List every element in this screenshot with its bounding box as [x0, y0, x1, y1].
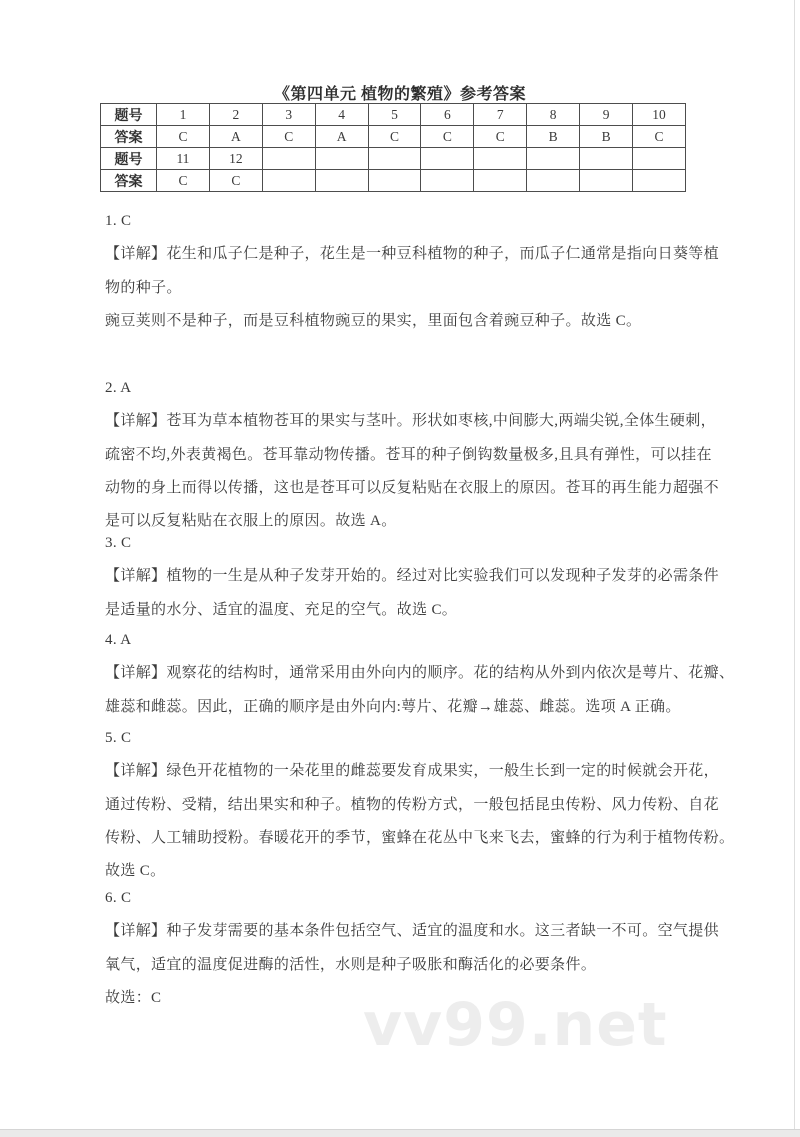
explanation-line: 是适量的水分、适宜的温度、充足的空气。故选 C。 [105, 594, 730, 627]
answer-cell [633, 170, 686, 192]
answer-section-5: 5. C 【详解】绿色开花植物的一朵花里的雌蕊要发育成果实，一般生长到一定的时候… [105, 722, 730, 888]
table-row: 答案 C A C A C C C B B C [101, 126, 686, 148]
question-number-cell: 10 [633, 104, 686, 126]
explanation-line: 【详解】观察花的结构时，通常采用由外向内的顺序。花的结构从外到内依次是萼片、花瓣… [105, 657, 730, 690]
answer-number-line: 3. C [105, 527, 730, 560]
question-number-cell: 8 [527, 104, 580, 126]
answer-cell: C [421, 126, 474, 148]
table-row: 题号 1 2 3 4 5 6 7 8 9 10 [101, 104, 686, 126]
explanation-line: 物的种子。 [105, 272, 730, 305]
answer-cell: C [262, 126, 315, 148]
question-number-cell: 11 [157, 148, 210, 170]
explanation-line: 【详解】花生和瓜子仁是种子，花生是一种豆科植物的种子，而瓜子仁通常是指向日葵等植 [105, 238, 730, 271]
page-right-edge [794, 0, 795, 1137]
explanation-line: 疏密不均,外表黄褐色。苍耳靠动物传播。苍耳的种子倒钩数量极多,且具有弹性，可以挂… [105, 439, 730, 472]
answer-cell [527, 170, 580, 192]
answer-cell: C [157, 126, 210, 148]
question-number-cell: 4 [315, 104, 368, 126]
question-number-cell [580, 148, 633, 170]
question-number-cell [421, 148, 474, 170]
question-number-cell [633, 148, 686, 170]
question-number-cell: 5 [368, 104, 421, 126]
answer-cell: B [580, 126, 633, 148]
answer-cell: C [474, 126, 527, 148]
answer-cell [368, 170, 421, 192]
answer-number-line: 1. C [105, 205, 730, 238]
explanation-line: 动物的身上而得以传播，这也是苍耳可以反复粘贴在衣服上的原因。苍耳的再生能力超强不 [105, 472, 730, 505]
explanation-line: 传粉、人工辅助授粉。春暖花开的季节，蜜蜂在花丛中飞来飞去，蜜蜂的行为利于植物传粉… [105, 822, 730, 855]
explanation-line: 【详解】苍耳为草本植物苍耳的果实与茎叶。形状如枣核,中间膨大,两端尖锐,全体生硬… [105, 405, 730, 438]
answer-number-line: 5. C [105, 722, 730, 755]
site-watermark: vv99.net [363, 990, 668, 1060]
question-number-cell: 2 [209, 104, 262, 126]
question-number-cell: 7 [474, 104, 527, 126]
explanation-line: 豌豆荚则不是种子，而是豆科植物豌豆的果实，里面包含着豌豆种子。故选 C。 [105, 305, 730, 338]
answer-table: 题号 1 2 3 4 5 6 7 8 9 10 答案 C A C A C C C… [100, 103, 686, 192]
table-row: 答案 C C [101, 170, 686, 192]
question-number-cell: 6 [421, 104, 474, 126]
answer-cell [421, 170, 474, 192]
question-number-cell: 12 [209, 148, 262, 170]
answer-cell: C [209, 170, 262, 192]
question-number-cell [368, 148, 421, 170]
explanation-line: 雄蕊和雌蕊。因此，正确的顺序是由外向内:萼片、花瓣→雄蕊、雌蕊。选项 A 正确。 [105, 691, 730, 724]
answer-cell: A [315, 126, 368, 148]
answer-cell: C [157, 170, 210, 192]
answer-cell [474, 170, 527, 192]
answer-section-4: 4. A 【详解】观察花的结构时，通常采用由外向内的顺序。花的结构从外到内依次是… [105, 624, 730, 724]
table-row: 题号 11 12 [101, 148, 686, 170]
question-number-cell: 9 [580, 104, 633, 126]
question-number-cell: 1 [157, 104, 210, 126]
answer-cell [262, 170, 315, 192]
answer-cell [580, 170, 633, 192]
question-number-cell [262, 148, 315, 170]
answer-section-1: 1. C 【详解】花生和瓜子仁是种子，花生是一种豆科植物的种子，而瓜子仁通常是指… [105, 205, 730, 338]
answer-cell: C [368, 126, 421, 148]
row-header-cell: 答案 [101, 170, 157, 192]
row-header-cell: 题号 [101, 104, 157, 126]
explanation-line: 氧气，适宜的温度促进酶的活性，水则是种子吸胀和酶活化的必要条件。 [105, 949, 730, 982]
row-header-cell: 答案 [101, 126, 157, 148]
question-number-cell: 3 [262, 104, 315, 126]
question-number-cell [527, 148, 580, 170]
page-bottom-edge [0, 1129, 800, 1137]
page-title: 《第四单元 植物的繁殖》参考答案 [0, 81, 800, 104]
question-number-cell [474, 148, 527, 170]
answer-cell: C [633, 126, 686, 148]
answer-section-2: 2. A 【详解】苍耳为草本植物苍耳的果实与茎叶。形状如枣核,中间膨大,两端尖锐… [105, 372, 730, 538]
question-number-cell [315, 148, 368, 170]
answer-cell [315, 170, 368, 192]
explanation-line: 通过传粉、受精，结出果实和种子。植物的传粉方式，一般包括昆虫传粉、风力传粉、自花 [105, 789, 730, 822]
explanation-line: 【详解】种子发芽需要的基本条件包括空气、适宜的温度和水。这三者缺一不可。空气提供 [105, 915, 730, 948]
answer-number-line: 2. A [105, 372, 730, 405]
explanation-line: 【详解】植物的一生是从种子发芽开始的。经过对比实验我们可以发现种子发芽的必需条件 [105, 560, 730, 593]
answer-cell: B [527, 126, 580, 148]
answer-section-3: 3. C 【详解】植物的一生是从种子发芽开始的。经过对比实验我们可以发现种子发芽… [105, 527, 730, 627]
answer-number-line: 4. A [105, 624, 730, 657]
row-header-cell: 题号 [101, 148, 157, 170]
answer-number-line: 6. C [105, 882, 730, 915]
explanation-line: 【详解】绿色开花植物的一朵花里的雌蕊要发育成果实，一般生长到一定的时候就会开花， [105, 755, 730, 788]
answer-cell: A [209, 126, 262, 148]
